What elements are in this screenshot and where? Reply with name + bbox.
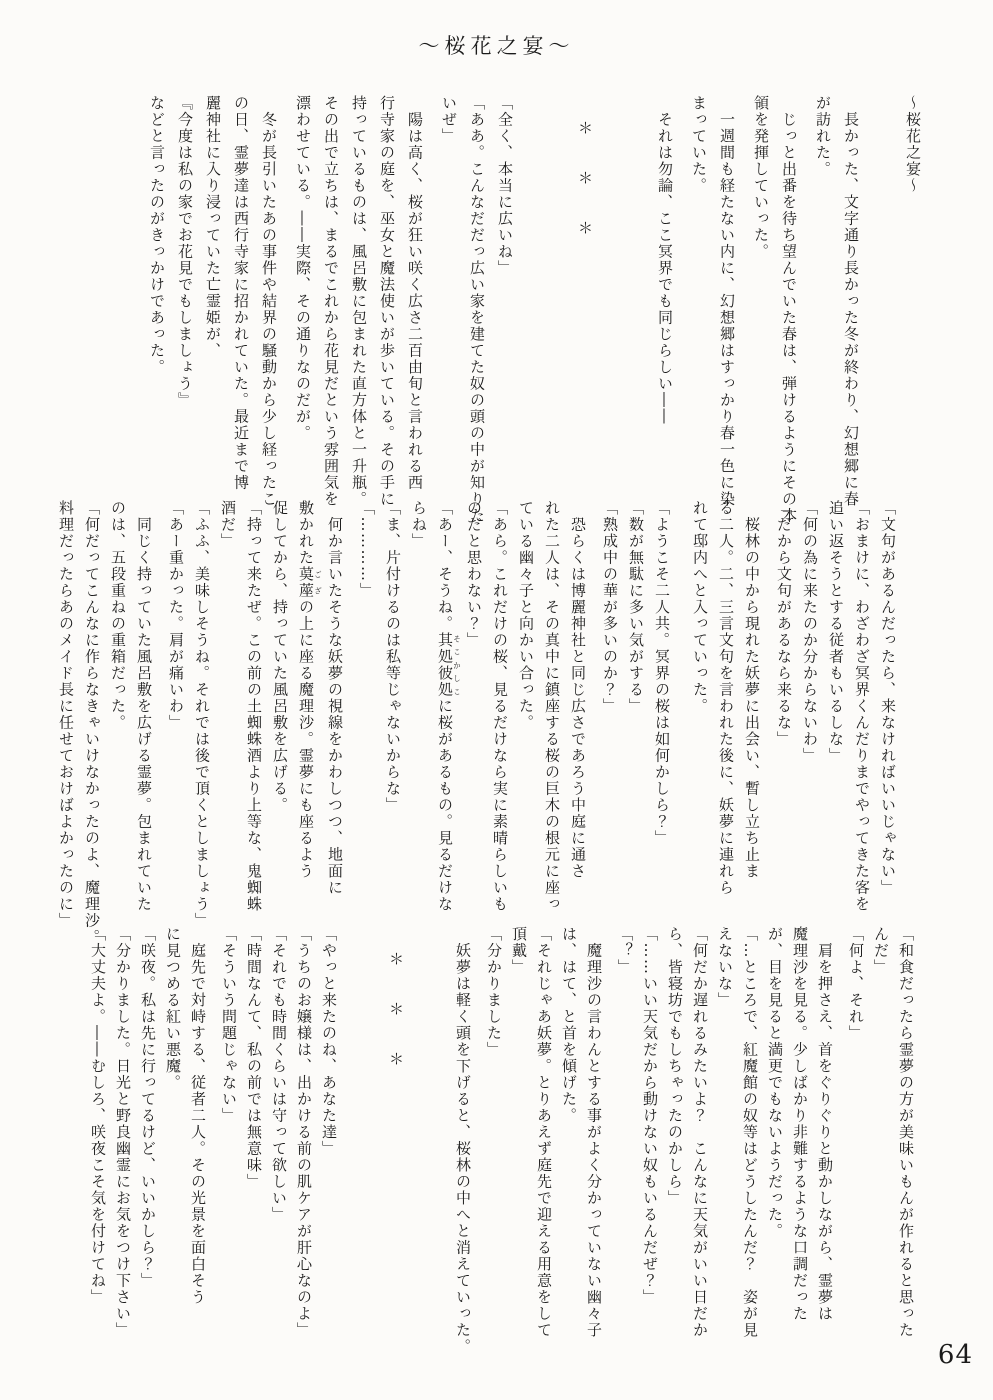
text-column: 同じく持っていた風呂敷を広げる霊夢。包まれていた — [131, 500, 157, 914]
document-page: ～桜花之宴～ ～桜花之宴～ 長かった、文字通り長かった冬が終わり、幻想郷に春が訪… — [0, 0, 993, 1400]
text-column: じっと出番を待ち望んでいた春は、弾けるようにその本 — [775, 95, 803, 517]
page-header-title: ～桜花之宴～ — [0, 30, 993, 60]
text-column: 肩を押さえ、首をぐりぐりと動かしながら、霊夢は — [812, 926, 837, 1364]
text-column: 「…………」 — [354, 500, 380, 914]
text-column: のだと思わない？」 — [461, 500, 487, 914]
text-column: 桜林の中から現れた妖夢に出会い、暫し立ち止ま — [739, 500, 765, 914]
text-column: 「何よ、それ」 — [843, 926, 868, 1364]
text-column: 追い返そうとする従者もいるしな」 — [823, 500, 849, 914]
text-column: 「何の為に来たのか分からないわ」 — [797, 500, 823, 914]
text-column: 「何だってこんなに作らなきゃいけなかったのよ、魔理沙。 — [79, 500, 105, 914]
text-column: などと言ったのがきっかけであった。 — [143, 95, 171, 517]
text-column: ら、皆寝坊でもしちゃったのかしら」 — [662, 926, 687, 1364]
text-column: 冬が長引いたあの事件や結界の騒動から少し経ったこ — [255, 95, 283, 517]
text-column: 促してから、持っていた風呂敷を広げる。 — [267, 500, 293, 914]
text-column: ～桜花之宴～ — [899, 95, 927, 517]
text-column: 一週間も経たない内に、幻想郷はすっかり春一色に染 — [713, 95, 741, 517]
page-number: 64 — [938, 1340, 973, 1370]
text-column: ている幽々子と向かい合った。 — [513, 500, 539, 914]
text-column: れて邸内へと入っていった。 — [687, 500, 713, 914]
text-column: 「数が無駄に多い気がする」 — [623, 500, 649, 914]
text-column: 「あー重かった。肩が痛いわ」 — [163, 500, 189, 914]
text-column: 恐らくは博麗神社と同じ広さであろう中庭に通さ — [565, 500, 591, 914]
text-column: は、はて、と首を傾げた。 — [556, 926, 581, 1364]
text-column: 長かった、文字通り長かった冬が終わり、幻想郷に春 — [837, 95, 865, 517]
text-column: 頂戴」 — [506, 926, 531, 1364]
text-column: 「何だか遅れるみたいよ？ こんなに天気がいい日だか — [687, 926, 712, 1364]
section-separator: ＊ ＊ ＊ — [571, 95, 599, 517]
text-column: 庭先で対峙する、従者二人。その光景を面白そう — [185, 926, 210, 1364]
text-column: まっていた。 — [685, 95, 713, 517]
text-column: れた二人は、その真中に鎮座する桜の巨木の根元に座っ — [539, 500, 565, 914]
text-column: 「ああ。こんなだだっ広い家を建てた奴の頭の中が知りた — [463, 95, 491, 517]
text-column: 領を発揮していった。 — [747, 95, 775, 517]
text-column: その出で立ちは、まるでこれから花見だという雰囲気を — [317, 95, 345, 517]
furigana-ruby: 茣蓙ござ — [297, 566, 315, 599]
text-column: 『今度は私の家でお花見でもしましょう』 — [171, 95, 199, 517]
text-column: 「時間なんて、私の前では無意味」 — [241, 926, 266, 1364]
text-column: 行寺家の庭を、巫女と魔法使いが歩いている。その手に — [373, 95, 401, 517]
text-column: 「大丈夫よ。――むしろ、咲夜こそ気を付けてね」 — [85, 926, 110, 1364]
text-column: 妖夢は軽く頭を下げると、桜林の中へと消えていった。 — [450, 926, 475, 1364]
text-column: 「和食だったら霊夢の方が美味いもんが作れると思った — [893, 926, 918, 1364]
text-column: 「分かりました。日光と野良幽霊にお気をつけ下さい」 — [110, 926, 135, 1364]
story-section-2: 「文句があるんだったら、来なければいいじゃない」「おまけに、わざわざ冥界くんだり… — [53, 500, 901, 914]
text-column: 「ようこそ二人共。冥界の桜は如何かしら？」 — [649, 500, 675, 914]
text-column: それは勿論、ここ冥界でも同じらしい―― — [651, 95, 679, 517]
text-column: 「？」 — [612, 926, 637, 1364]
text-column: 「……いい天気だから動けない奴もいるんだぜ？」 — [637, 926, 662, 1364]
section-separator: ＊ ＊ ＊ — [383, 926, 408, 1364]
text-column: 「分かりました」 — [481, 926, 506, 1364]
text-column: んだ」 — [868, 926, 893, 1364]
text-column: 「あー、そうね。其処彼処そこかしこに桜があるもの。見るだけな — [432, 500, 461, 914]
text-column: 「やっと来たのね、あなた達」 — [316, 926, 341, 1364]
text-column: 「そういう問題じゃない」 — [216, 926, 241, 1364]
text-column: 「熟成中の華が多いのか？」 — [597, 500, 623, 914]
text-column: らね」 — [406, 500, 432, 914]
text-column: 料理だったらあのメイド長に任せておけばよかったのに」 — [53, 500, 79, 914]
text-column: いぜ」 — [435, 95, 463, 517]
text-column: る二人。二、三言文句を言われた後に、妖夢に連れら — [713, 500, 739, 914]
text-column: 「咲夜。私は先に行ってるけど、いいかしら？」 — [135, 926, 160, 1364]
text-column: 「それでも時間くらいは守って欲しい」 — [266, 926, 291, 1364]
text-column: 「全く、本当に広いね」 — [491, 95, 519, 517]
text-column: 「ふふ、美味しそうね。それでは後で頂くとしましょう」 — [189, 500, 215, 914]
text-column: 漂わせている。――実際、その通りなのだが。 — [289, 95, 317, 517]
text-column: 「ま、片付けるのは私等じゃないからな」 — [380, 500, 406, 914]
text-column: 持っているものは、風呂敷に包まれた直方体と一升瓶。 — [345, 95, 373, 517]
text-column: 陽は高く、桜が狂い咲く広さ二百由旬と言われる西 — [401, 95, 429, 517]
text-column: 麗神社に入り浸っていた亡霊姫が、 — [199, 95, 227, 517]
text-column: が、目を見ると満更でもないようだった。 — [762, 926, 787, 1364]
story-section-3: 「和食だったら霊夢の方が美味いもんが作れると思ったんだ」「何よ、それ」 肩を押さ… — [85, 926, 918, 1364]
text-column: えないな」 — [712, 926, 737, 1364]
text-column: 魔理沙の言わんとする事がよく分かっていない幽々子 — [581, 926, 606, 1364]
text-column: 敷かれた茣蓙ござの上に座る魔理沙。霊夢にも座るよう — [293, 500, 322, 914]
text-column: 「…ところで、紅魔館の奴等はどうしたんだ？ 姿が見 — [737, 926, 762, 1364]
story-section-1: ～桜花之宴～ 長かった、文字通り長かった冬が終わり、幻想郷に春が訪れた。 じっと… — [143, 95, 927, 517]
text-column: 「持って来たぜ。この前の土蜘蛛酒より上等な、鬼蜘蛛 — [241, 500, 267, 914]
text-column: 「あら。これだけの桜、見るだけなら実に素晴らしいも — [487, 500, 513, 914]
text-column: 魔理沙を見る。少しばかり非難するような口調だった — [787, 926, 812, 1364]
text-column: 「うちのお嬢様は、出かける前の肌ケアが肝心なのよ」 — [291, 926, 316, 1364]
furigana-ruby: 其処彼処そこかしこ — [436, 632, 454, 698]
text-column: 「おまけに、わざわざ冥界くんだりまでやってきた客を — [849, 500, 875, 914]
text-column: の日、霊夢達は西行寺家に招かれていた。最近まで博 — [227, 95, 255, 517]
text-column: 「文句があるんだったら、来なければいいじゃない」 — [875, 500, 901, 914]
text-column: 「それじゃあ妖夢。とりあえず庭先で迎える用意をして — [531, 926, 556, 1364]
text-column: 何か言いたそうな妖夢の視線をかわしつつ、地面に — [322, 500, 348, 914]
text-column: 酒だ」 — [215, 500, 241, 914]
text-column: が訪れた。 — [809, 95, 837, 517]
text-column: のは、五段重ねの重箱だった。 — [105, 500, 131, 914]
text-column: に見つめる紅い悪魔。 — [160, 926, 185, 1364]
text-column: 「だから文句があるなら来るな」 — [771, 500, 797, 914]
